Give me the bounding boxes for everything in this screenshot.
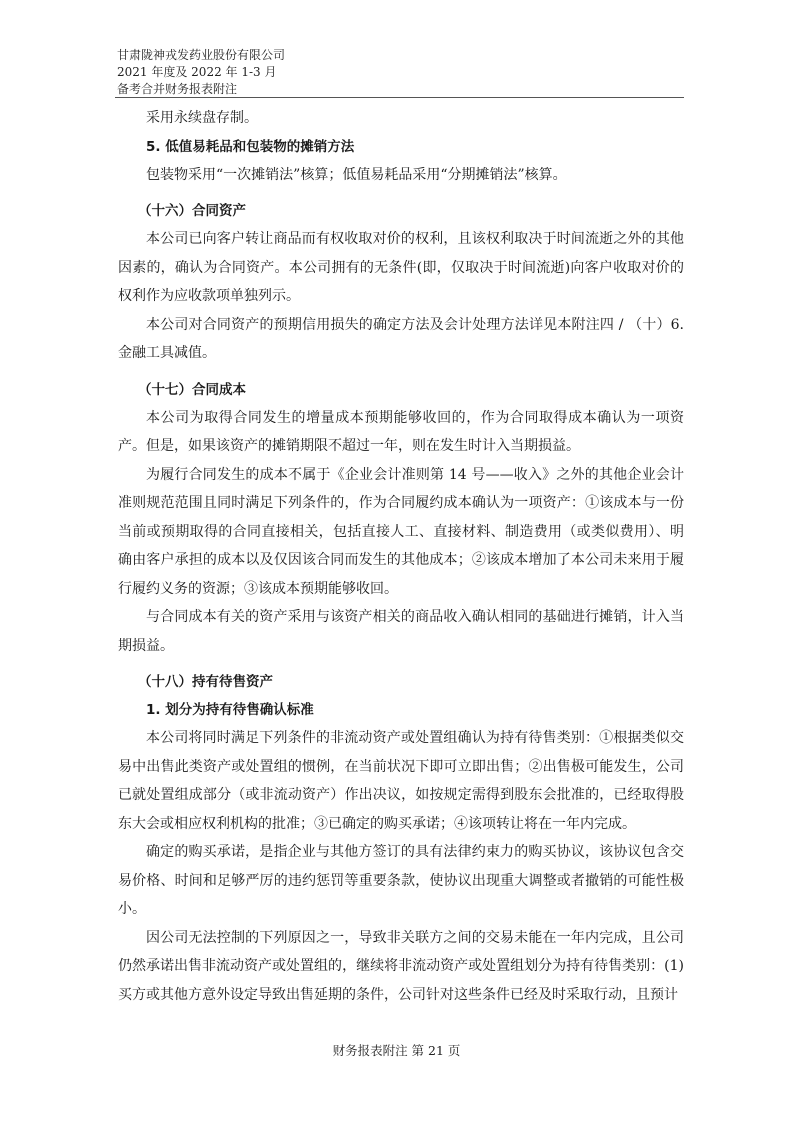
document-body: 采用永续盘存制。 5. 低值易耗品和包装物的摊销方法 包装物采用“一次摊销法”核… <box>118 104 684 1009</box>
paragraph: 本公司已向客户转让商品而有权收取对价的权利，且该权利取决于时间流逝之外的其他因素… <box>118 225 684 311</box>
subheading-held-for-sale-criteria: 1. 划分为持有待售确认标准 <box>118 696 684 724</box>
paragraph: 确定的购买承诺，是指企业与其他方签订的具有法律约束力的购买协议，该协议包含交易价… <box>118 838 684 924</box>
section-title-contract-assets: （十六）合同资产 <box>118 197 684 225</box>
subheading-amortization-method: 5. 低值易耗品和包装物的摊销方法 <box>118 133 684 161</box>
paragraph: 本公司将同时满足下列条件的非流动资产或处置组确认为持有待售类别：①根据类似交易中… <box>118 724 684 838</box>
header-divider <box>115 97 684 98</box>
paragraph: 采用永续盘存制。 <box>118 104 684 133</box>
header-period: 2021 年度及 2022 年 1-3 月 <box>117 64 683 81</box>
paragraph: 包装物采用“一次摊销法”核算；低值易耗品采用“分期摊销法”核算。 <box>118 161 684 190</box>
paragraph: 与合同成本有关的资产采用与该资产相关的商品收入确认相同的基础进行摊销，计入当期损… <box>118 603 684 660</box>
paragraph: 本公司对合同资产的预期信用损失的确定方法及会计处理方法详见本附注四 / （十）6… <box>118 311 684 368</box>
header-doc-title: 备考合并财务报表附注 <box>117 81 683 98</box>
page-footer: 财务报表附注 第 21 页 <box>0 1041 793 1059</box>
paragraph: 本公司为取得合同发生的增量成本预期能够收回的，作为合同取得成本确认为一项资产。但… <box>118 404 684 461</box>
paragraph: 为履行合同发生的成本不属于《企业会计准则第 14 号——收入》之外的其他企业会计… <box>118 461 684 604</box>
paragraph: 因公司无法控制的下列原因之一，导致非关联方之间的交易未能在一年内完成，且公司仍然… <box>118 924 684 1010</box>
page-header: 甘肃陇神戎发药业股份有限公司 2021 年度及 2022 年 1-3 月 备考合… <box>117 47 683 98</box>
header-company: 甘肃陇神戎发药业股份有限公司 <box>117 47 683 64</box>
section-title-contract-costs: （十七）合同成本 <box>118 376 684 404</box>
section-title-held-for-sale: （十八）持有待售资产 <box>118 668 684 696</box>
